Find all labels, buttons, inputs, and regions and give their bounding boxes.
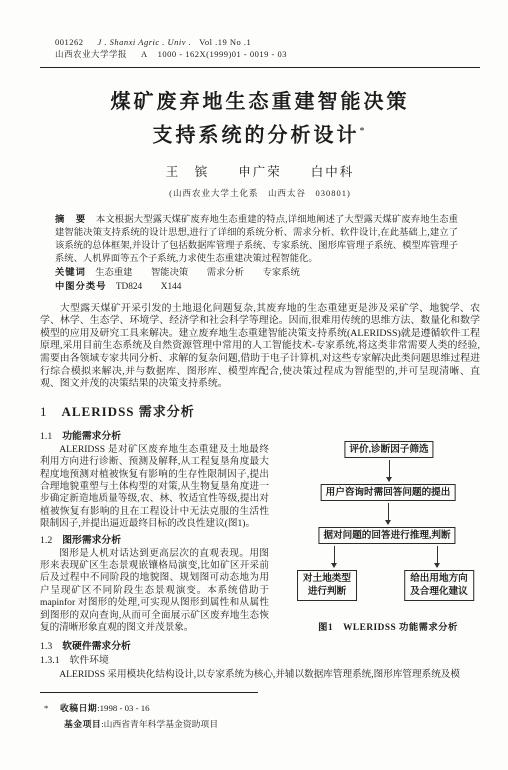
two-column-zone: 1.1功能需求分析 ALERIDSS 是对矿区废弃地生态重建及土地最终利用方向进… [40,427,480,635]
title-line-2: 支持系统的分析设计* [40,117,480,151]
section-1-2-heading: 1.2图形需求分析 [40,534,269,548]
document-class: A [141,49,148,59]
fund-project-label: 基金项目 [64,719,101,729]
keywords-line: 关键词 生态重建 智能决策 需求分析 专家系统 [55,267,458,280]
received-date-line: *收稿日期:1998 - 03 - 16 [44,700,480,716]
arrow-down-icon [437,546,438,567]
footnote-marker: * [44,700,60,716]
footnote-block: *收稿日期:1998 - 03 - 16 基金项目:山西省青年科学基金资助项目 [40,700,480,732]
section-1-3-1-text: ALERIDSS 采用模块化结构设计,以专家系统为核心,并辅以数据库管理系统,图… [40,669,480,682]
introduction-paragraph: 大型露天煤矿开采引发的土地退化问题复杂,其废弃地的生态重建更是涉及采矿学、地貌学… [40,303,480,391]
journal-name-cn: 山西农业大学学报 [55,49,127,59]
paper-title: 煤矿废弃地生态重建智能决策 支持系统的分析设计* [40,88,480,151]
clc-line: 中图分类号 TD824 X144 [55,281,458,294]
abstract: 摘 要 本文根据大型露天煤矿废弃地生态重建的特点,详细地阐述了大型露天煤矿废弃地… [55,214,458,266]
flowchart-box-landtype: 对土地类型进行判断 [297,570,357,601]
journal-name-en: J . Shanxi Agric . Univ . [98,37,192,47]
flowchart-box-suggestion: 给出用地方向及合理化建议 [404,570,474,601]
section-1-2-text: 图形是人机对话达到更高层次的直观表现。用图形来表现矿区生态景观嵌镶格局演变,比如… [40,548,269,635]
left-column: 1.1功能需求分析 ALERIDSS 是对矿区废弃地生态重建及土地最终利用方向进… [40,427,269,635]
fund-project-value: :山西省青年科学基金资助项目 [101,719,218,729]
section-1-1-heading: 1.1功能需求分析 [40,430,269,444]
section-1-heading: 1ALERIDSS 需求分析 [40,401,480,420]
section-1-3-heading: 1.3软硬件需求分析 [40,640,480,654]
figure-1-label: 图1 [318,623,333,633]
flowchart-box-inference: 据对问题的回答进行推理,判断 [318,527,455,544]
fund-project-line: 基金项目:山西省青年科学基金资助项目 [44,716,480,732]
article-id: 001262 [55,37,84,47]
volume-issue: Vol .19 No .1 [199,37,251,47]
arrow-down-icon [334,546,335,567]
header-line-1: 001262J . Shanxi Agric . Univ .Vol .19 N… [55,36,480,48]
abstract-label: 摘 要 [55,215,86,225]
section-1-1-text: ALERIDSS 是对矿区废弃地生态重建及土地最终利用方向进行诊断、预测及解释,… [40,444,269,531]
keywords-label: 关键词 [55,268,86,278]
flowchart-box-evaluate: 评价,诊断因子筛选 [344,441,433,458]
title-footnote-mark: * [360,126,368,137]
abstract-text: 本文根据大型露天煤矿废弃地生态重建的特点,详细地阐述了大型露天煤矿废弃地生态重建… [55,215,458,264]
keywords-text: 生态重建 智能决策 需求分析 专家系统 [95,268,300,278]
header-line-2: 山西农业大学学报A1000 - 162X(1999)01 - 0019 - 03 [55,48,480,60]
figure-1-caption-text: WLERIDSS 功能需求分析 [343,623,458,633]
received-date-value: :1998 - 03 - 16 [97,703,149,713]
author-list: 王 镔 申广荣 白中科 [40,162,480,180]
paper-page: 001262J . Shanxi Agric . Univ .Vol .19 N… [0,0,508,732]
clc-label: 中图分类号 [55,282,107,292]
affiliation: (山西农业大学土化系 山西太谷 030801) [40,187,480,199]
section-1-3-1-heading: 1.3.1软件环境 [40,654,480,668]
figure-1-caption: 图1WLERIDSS 功能需求分析 [279,619,497,633]
running-header: 001262J . Shanxi Agric . Univ .Vol .19 N… [40,36,480,60]
title-line-1: 煤矿废弃地生态重建智能决策 [40,88,480,117]
clc-text: TD824 X144 [116,282,182,292]
flowchart-box-questions: 用户咨询时需回答问题的提出 [321,484,456,501]
arrow-down-icon [389,460,390,481]
section-1-number: 1 [40,404,48,419]
figure-1-flowchart: 评价,诊断因子筛选 用户咨询时需回答问题的提出 据对问题的回答进行推理,判断 对… [279,439,497,615]
footnote-divider [40,692,258,693]
header-divider [40,67,480,68]
arrow-down-icon [388,503,389,524]
issn-code: 1000 - 162X(1999)01 - 0019 - 03 [158,49,287,59]
right-column: 评价,诊断因子筛选 用户咨询时需回答问题的提出 据对问题的回答进行推理,判断 对… [269,427,497,635]
received-date-label: 收稿日期 [60,703,97,713]
